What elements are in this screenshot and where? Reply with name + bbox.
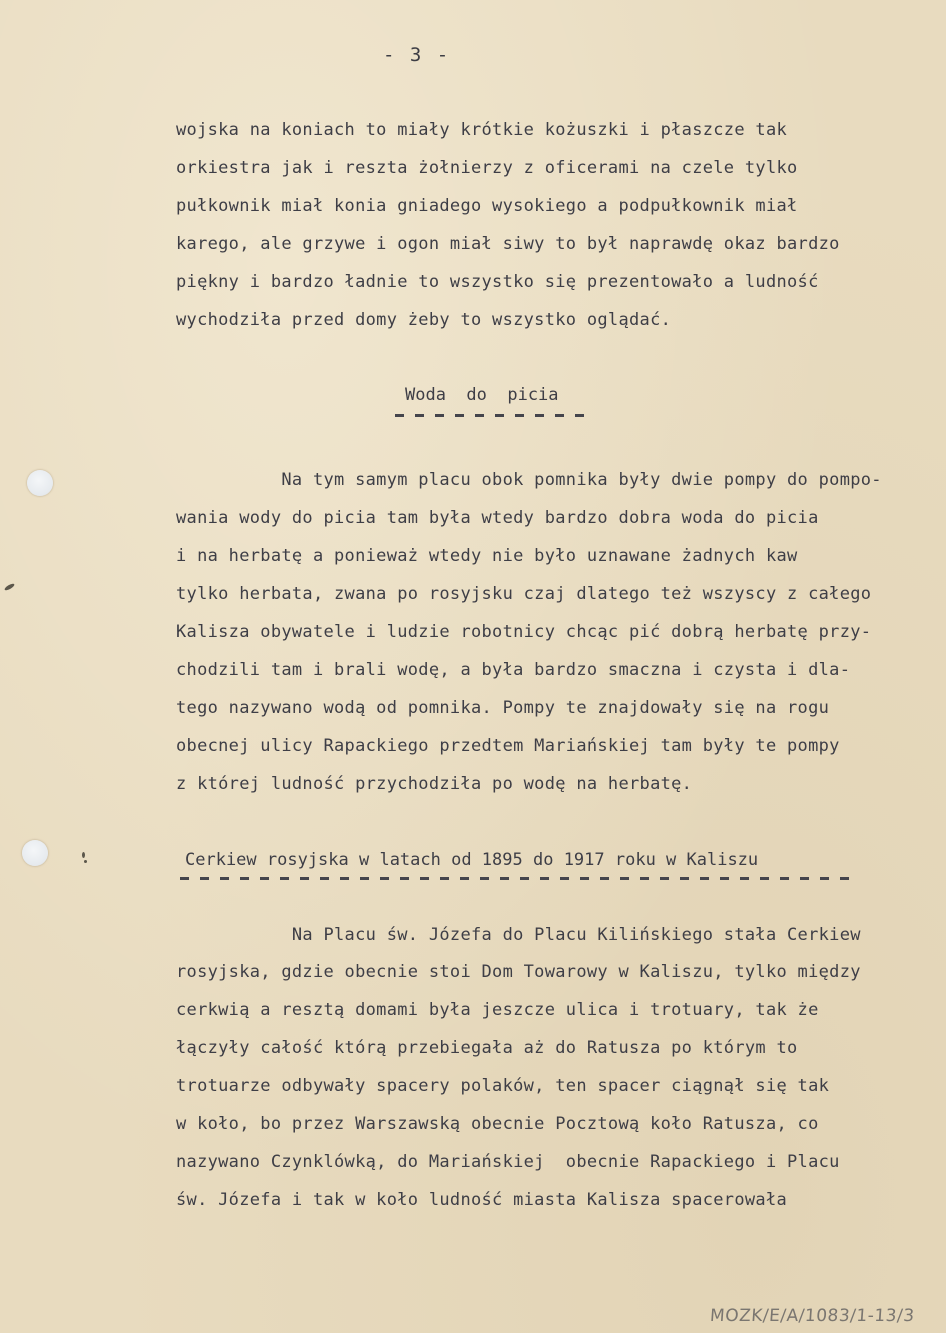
text-line: piękny i bardzo ładnie to wszystko się p… xyxy=(176,272,819,292)
ink-mark xyxy=(82,852,85,858)
text-line: Na Placu św. Józefa do Placu Kilińskiego… xyxy=(176,925,861,945)
text-line: i na herbatę a ponieważ wtedy nie było u… xyxy=(176,546,798,566)
text-line: karego, ale grzywe i ogon miał siwy to b… xyxy=(176,234,840,254)
text-line: pułkownik miał konia gniadego wysokiego … xyxy=(176,196,798,216)
text-line: trotuarze odbywały spacery polaków, ten … xyxy=(176,1076,829,1096)
archive-reference: MOZK/E/A/1083/1-13/3 xyxy=(709,1306,915,1326)
text-line: z której ludność przychodziła po wodę na… xyxy=(176,774,692,794)
document-page: - 3 - wojska na koniach to miały krótkie… xyxy=(0,0,946,1333)
punch-hole-bottom xyxy=(22,840,48,866)
punch-hole-top xyxy=(27,470,53,496)
heading-underline xyxy=(180,877,860,880)
text-line: nazywano Czynklówką, do Mariańskiej obec… xyxy=(176,1152,840,1172)
ink-mark xyxy=(4,583,16,592)
text-line: Na tym samym placu obok pomnika były dwi… xyxy=(176,470,882,490)
text-line: łączyły całość którą przebiegała aż do R… xyxy=(176,1038,798,1058)
text-line: obecnej ulicy Rapackiego przedtem Mariań… xyxy=(176,736,840,756)
text-line: wychodziła przed domy żeby to wszystko o… xyxy=(176,310,671,330)
text-line: Kalisza obywatele i ludzie robotnicy chc… xyxy=(176,622,871,642)
section-heading-church: Cerkiew rosyjska w latach od 1895 do 191… xyxy=(185,850,758,870)
text-line: rosyjska, gdzie obecnie stoi Dom Towarow… xyxy=(176,962,861,982)
ink-mark xyxy=(84,860,87,863)
text-line: orkiestra jak i reszta żołnierzy z ofice… xyxy=(176,158,798,178)
text-line: wojska na koniach to miały krótkie kożus… xyxy=(176,120,787,140)
text-line: w koło, bo przez Warszawską obecnie Pocz… xyxy=(176,1114,819,1134)
section-heading-water: Woda do picia xyxy=(405,385,559,405)
text-line: tego nazywano wodą od pomnika. Pompy te … xyxy=(176,698,829,718)
page-number: - 3 - xyxy=(383,44,450,66)
heading-underline xyxy=(395,414,591,417)
text-line: cerkwią a resztą domami była jeszcze uli… xyxy=(176,1000,819,1020)
text-line: wania wody do picia tam była wtedy bardz… xyxy=(176,508,819,528)
text-line: chodzili tam i brali wodę, a była bardzo… xyxy=(176,660,850,680)
text-line: tylko herbata, zwana po rosyjsku czaj dl… xyxy=(176,584,871,604)
text-line: św. Józefa i tak w koło ludność miasta K… xyxy=(176,1190,787,1210)
